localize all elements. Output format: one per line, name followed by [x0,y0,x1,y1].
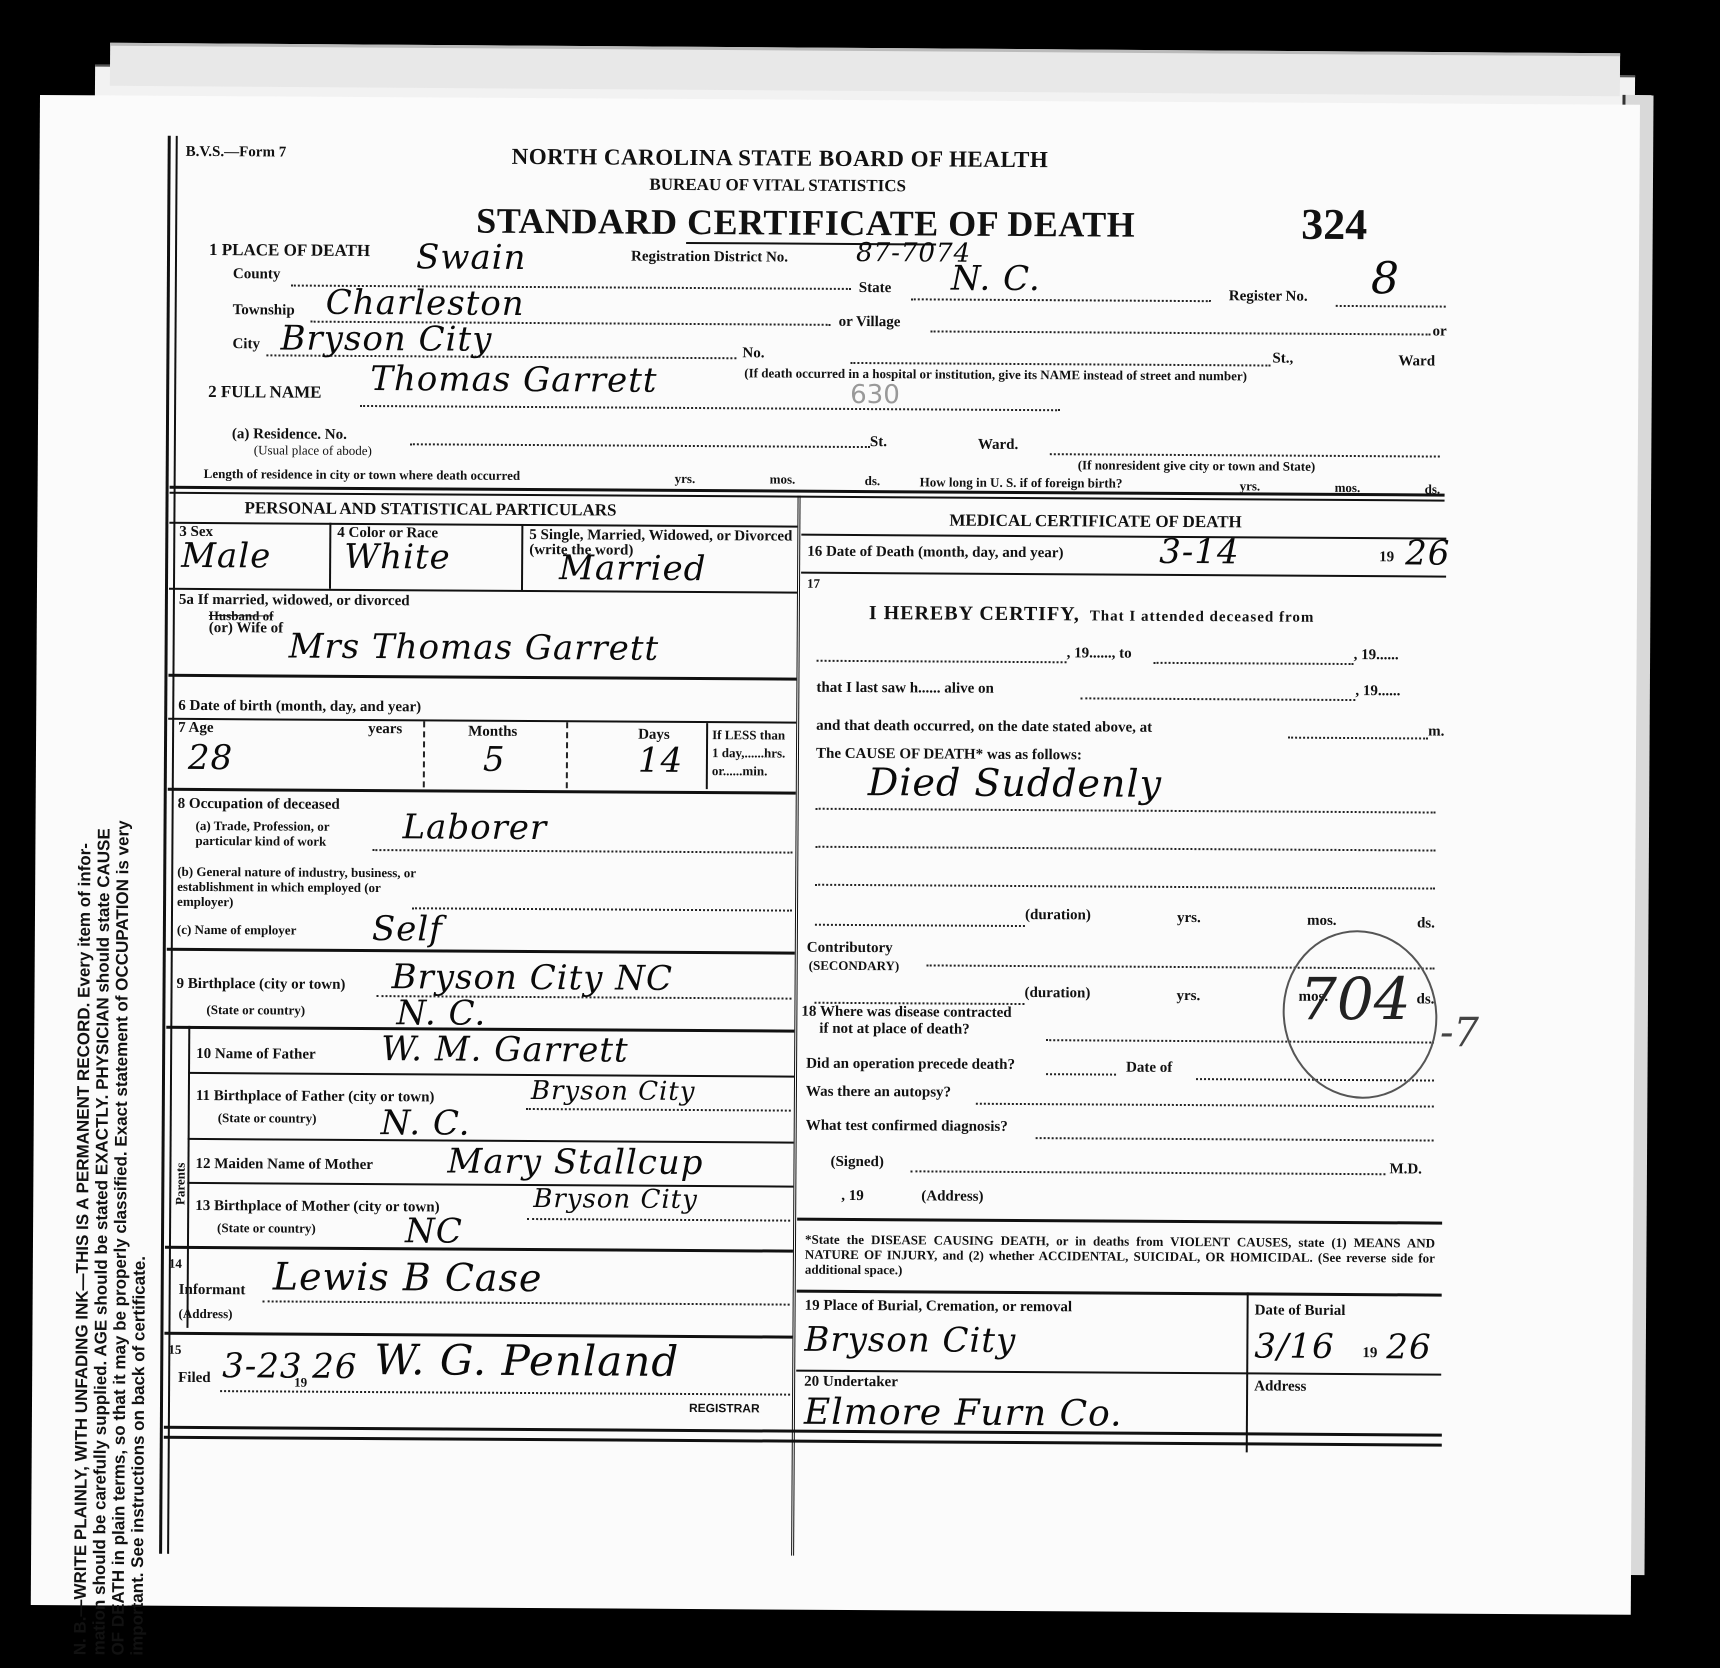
dod-year-prefix: 19 [1379,549,1394,566]
age-divider-2 [566,722,568,788]
residence-sublabel: (Usual place of abode) [254,442,372,459]
industry-label: (b) General nature of industry, business… [177,864,417,910]
register-no-line [1336,305,1446,308]
age-days-value: 14 [638,741,684,781]
medical-section-title: MEDICAL CERTIFICATE OF DEATH [949,511,1241,533]
duration-mos-1: mos. [1307,913,1337,930]
signed-label: (Signed) [830,1154,883,1171]
father-birthplace-value: Bryson City [531,1076,696,1107]
sex-value: Male [181,536,271,577]
cause-line-1 [816,808,1436,814]
last-saw-year-label: , 19...... [1355,683,1400,700]
autopsy-label: Was there an autopsy? [806,1084,951,1102]
burial-top-rule [797,1290,1442,1297]
personal-section-title: PERSONAL AND STATISTICAL PARTICULARS [244,498,616,520]
undertaker-address-label: Address [1254,1378,1306,1395]
row-rule-7 [188,1072,794,1078]
father-state-label: (State or country) [218,1110,317,1127]
marital-value: Married [559,548,707,589]
cause-line-3 [815,884,1435,890]
city-label: City [232,336,260,353]
place-of-death-label: 1 PLACE OF DEATH [209,240,370,261]
certificate-title: STANDARD CERTIFICATE OF DEATH [476,200,1135,246]
undertaker-label: 20 Undertaker [804,1374,898,1392]
burial-date-value: 3/16 [1254,1326,1335,1366]
informant-address-label: (Address) [179,1306,233,1322]
filed-year-value: 26 [312,1347,358,1387]
or-label: or [1433,324,1447,341]
attended-year-label: , 19...... [1354,647,1399,664]
duration-yrs-2: yrs. [1176,988,1200,1005]
operation-date-label: Date of [1126,1060,1172,1077]
village-line [931,330,1431,335]
father-value: W. M. Garrett [381,1029,629,1071]
burial-date-label: Date of Burial [1255,1302,1346,1320]
death-time-suffix: m. [1428,723,1444,740]
md-label: M.D. [1389,1161,1422,1178]
autopsy-line [976,1103,1434,1108]
age-months-value: 5 [483,740,506,780]
county-value: Swain [416,237,527,278]
register-no-label: Register No. [1229,288,1308,305]
less-hrs-label: 1 day,......hrs. [712,745,785,761]
filed-date-value: 3-23 [222,1346,303,1386]
burial-place-value: Bryson City [804,1320,1016,1361]
age-label: 7 Age [178,720,214,737]
mother-birthplace-value: Bryson City [533,1184,698,1215]
street-no-label: No. [742,345,764,362]
personal-title-rule [169,522,797,528]
residence-label: (a) Residence. No. [232,426,347,444]
certificate-form: B.V.S.—Form 7 NORTH CAROLINA STATE BOARD… [163,136,1602,1565]
certify-heading: I HEREBY CERTIFY, [869,602,1080,625]
contributory-label: Contributory [807,940,893,958]
cause-value: Died Suddenly [868,760,1163,806]
duration-yrs-1: yrs. [1177,910,1201,927]
birthplace-state-label: (State or country) [206,1002,305,1019]
mother-state-label: (State or country) [217,1220,316,1237]
residence-ward-label: Ward. [978,437,1019,454]
state-value: N. C. [951,259,1041,300]
certify-statement: I HEREBY CERTIFY, That I attended deceas… [869,602,1315,628]
occupation-label: 8 Occupation of deceased [178,796,340,814]
employer-label: (c) Name of employer [177,922,297,939]
item-17-label: 17 [807,576,820,592]
test-line [1036,1137,1434,1141]
medical-title-rule [801,534,1446,540]
duration-label-1: (duration) [1025,907,1091,924]
last-saw-label: that I last saw h...... alive on [816,680,994,698]
signed-year-label: , 19 [841,1188,864,1205]
age-divider-1 [423,721,425,787]
bottom-rule-1 [164,1426,1442,1437]
filed-year-prefix: 19 [294,1375,307,1391]
sex-race-divider [329,523,331,589]
nosology-code: 704 [1300,965,1411,1033]
form-id: B.V.S.—Form 7 [186,144,287,162]
contracted-label-1: 18 Where was disease contracted [801,1004,1011,1022]
age-years-value: 28 [188,738,234,778]
state-label: State [859,280,892,297]
trade-value: Laborer [402,807,547,848]
residence-st-label: St. [870,434,887,451]
duration-line-1 [815,924,1025,927]
burial-year-value: 26 [1386,1327,1432,1367]
less-min-label: or......min. [712,763,768,779]
township-value: Charleston [326,283,525,324]
parents-label: Parents [172,1163,188,1205]
nonresident-note: (If nonresident give city or town and St… [1078,457,1316,474]
cause-footnote: *State the DISEASE CAUSING DEATH, or in … [805,1232,1435,1281]
undertaker-value: Elmore Furn Co. [804,1392,1123,1435]
length-ds-label: ds. [865,473,881,489]
age-months-label: Months [468,724,517,741]
trade-label: (a) Trade, Profession, or particular kin… [195,818,375,849]
certificate-number: 324 [1301,199,1367,250]
hospital-note: (If death occurred in a hospital or inst… [744,365,1247,384]
state-line [911,298,1211,302]
death-occurred-label: and that death occurred, on the date sta… [816,718,1152,737]
informant-line [263,1300,790,1305]
full-name-line [360,405,1060,411]
certify-text: That I attended deceased from [1090,608,1315,625]
attended-to-line [1154,662,1354,665]
bottom-rule-2 [164,1436,1442,1447]
burial-place-label: 19 Place of Burial, Cremation, or remova… [805,1298,1073,1317]
nosology-code-suffix: -7 [1440,1010,1479,1056]
informant-value: Lewis B Case [273,1254,543,1300]
certificate-page: N. B.—WRITE PLAINLY, WITH UNFADING INK—T… [31,95,1640,1615]
contracted-label: 18 Where was disease contracted if not a… [801,1004,1011,1039]
street-label: St., [1272,351,1293,368]
township-label: Township [233,302,295,319]
register-no-value: 8 [1371,253,1400,304]
duration-label-2: (duration) [1024,985,1090,1002]
city-value: Bryson City [280,318,492,359]
mother-birthplace-label: 13 Birthplace of Mother (city or town) [195,1198,440,1216]
registrar-signature: W. G. Penland [374,1335,679,1386]
spouse-label-wife: (or) Wife of [209,620,284,637]
dod-year-value: 26 [1405,533,1451,573]
mother-label: 12 Maiden Name of Mother [195,1156,373,1174]
length-yrs-label: yrs. [675,471,696,487]
filed-number: 15 [168,1342,181,1358]
father-label: 10 Name of Father [196,1046,316,1064]
dob-label: 6 Date of birth (month, day, and year) [178,698,421,716]
race-value: White [344,537,451,578]
row-rule-2 [168,674,796,681]
operation-label: Did an operation precede death? [806,1056,1015,1074]
attended-from-line [817,660,1067,664]
mother-value: Mary Stallcup [447,1142,703,1184]
dod-label: 16 Date of Death (month, day, and year) [807,544,1063,563]
registration-district-label: Registration District No. [631,249,788,267]
full-name-value: Thomas Garrett [370,359,657,401]
dod-value: 3-14 [1159,532,1240,572]
burial-year-prefix: 19 [1362,1345,1377,1362]
death-time-line [1288,737,1428,740]
agency-title: NORTH CAROLINA STATE BOARD OF HEALTH [512,144,1049,173]
dod-rule [801,572,1446,578]
test-label: What test confirmed diagnosis? [806,1118,1008,1136]
row-rule-4 [168,788,796,795]
length-residence-label: Length of residence in city or town wher… [204,466,521,484]
mother-birthplace-line [527,1218,790,1222]
county-label: County [233,266,281,283]
employer-value: Self [372,909,443,949]
father-state-value: N. C. [381,1103,471,1144]
physician-address-label: (Address) [921,1188,983,1205]
signature-rule [797,1218,1442,1225]
birthplace-label: 9 Birthplace (city or town) [177,976,346,994]
mother-state-value: NC [405,1211,463,1251]
father-birthplace-line [526,1108,791,1112]
bureau-title: BUREAU OF VITAL STATISTICS [649,175,906,197]
informant-number: 14 [169,1256,182,1272]
registrar-label: REGISTRAR [689,1401,760,1415]
row-rule-10 [165,1246,793,1253]
last-saw-line [1080,697,1355,701]
filed-label: Filed [178,1370,211,1387]
duration-ds-1: ds. [1417,915,1435,932]
village-label: or Village [839,314,901,331]
race-marital-divider [521,524,523,590]
trade-line [372,849,792,854]
foreign-birth-label: How long in U. S. if of foreign birth? [920,474,1123,491]
contracted-label-2: if not at place of death? [801,1021,1011,1039]
less-than-label: If LESS than [712,727,785,743]
attended-to-label: , 19......, to [1067,645,1132,662]
full-name-label: 2 FULL NAME [208,382,321,403]
ward-label: Ward [1398,353,1435,370]
signature-line [910,1170,1385,1175]
age-divider-3 [706,723,708,789]
margin-instructions: N. B.—WRITE PLAINLY, WITH UNFADING INK—T… [70,235,155,1655]
informant-label: Informant [179,1282,246,1299]
pencil-note: 630 [850,380,900,410]
spouse-value: Mrs Thomas Garrett [289,627,660,669]
row-rule-5 [167,948,795,955]
filed-line [220,1390,790,1395]
age-years-label: years [368,721,402,738]
operation-line [1046,1073,1116,1075]
cause-line-2 [815,846,1435,852]
residence-line [410,443,870,448]
length-mos-label: mos. [770,471,796,487]
industry-line [412,907,792,911]
secondary-label: (SECONDARY) [809,958,900,975]
